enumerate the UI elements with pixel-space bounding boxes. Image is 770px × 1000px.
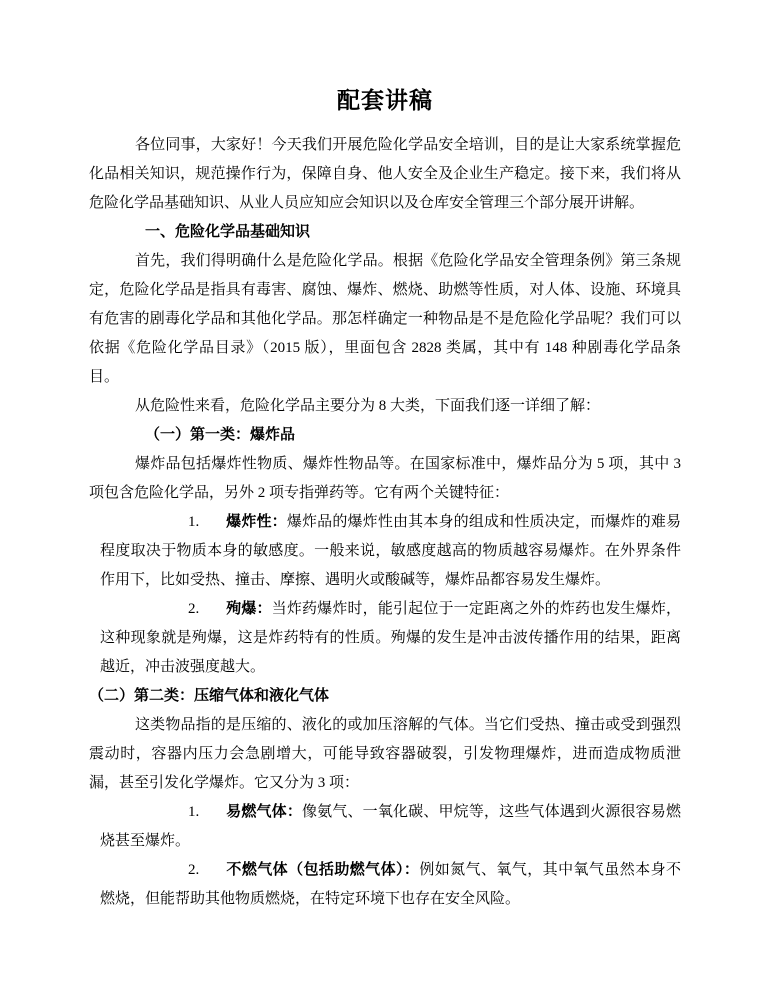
page-content: 配套讲稿 各位同事，大家好！今天我们开展危险化学品安全培训，目的是让大家系统掌握… bbox=[89, 84, 681, 914]
section-heading-basics: 一、危险化学品基础知识 bbox=[89, 218, 681, 247]
item-label: 殉爆： bbox=[226, 601, 272, 617]
numbered-item-sympathetic-detonation: 2.殉爆：当炸药爆炸时，能引起位于一定距离之外的炸药也发生爆炸，这种现象就是殉爆… bbox=[100, 595, 681, 682]
item-label: 爆炸性： bbox=[226, 514, 287, 530]
item-label: 不燃气体（包括助燃气体）： bbox=[226, 862, 419, 878]
numbered-item-explosiveness: 1.爆炸性：爆炸品的爆炸性由其本身的组成和性质决定，而爆炸的难易程度取决于物质本… bbox=[100, 508, 681, 595]
item-number: 1. bbox=[188, 798, 226, 827]
definition-paragraph: 首先，我们得明确什么是危险化学品。根据《危险化学品安全管理条例》第三条规定，危险… bbox=[89, 247, 681, 392]
document-title: 配套讲稿 bbox=[89, 84, 681, 118]
item-label: 易燃气体： bbox=[226, 804, 302, 820]
item-number: 1. bbox=[188, 508, 226, 537]
numbered-item-flammable-gas: 1.易燃气体：像氨气、一氧化碳、甲烷等，这些气体遇到火源很容易燃烧甚至爆炸。 bbox=[100, 798, 681, 856]
document-page: 配套讲稿 各位同事，大家好！今天我们开展危险化学品安全培训，目的是让大家系统掌握… bbox=[0, 0, 770, 1000]
classification-paragraph: 从危险性来看，危险化学品主要分为 8 大类，下面我们逐一详细了解： bbox=[89, 392, 681, 421]
item-number: 2. bbox=[188, 856, 226, 885]
intro-paragraph: 各位同事，大家好！今天我们开展危险化学品安全培训，目的是让大家系统掌握危化品相关… bbox=[89, 131, 681, 218]
gases-intro-paragraph: 这类物品指的是压缩的、液化的或加压溶解的气体。当它们受热、撞击或受到强烈震动时，… bbox=[89, 711, 681, 798]
item-number: 2. bbox=[188, 595, 226, 624]
numbered-item-nonflammable-gas: 2.不燃气体（包括助燃气体）：例如氮气、氧气，其中氧气虽然本身不燃烧，但能帮助其… bbox=[100, 856, 681, 914]
subsection-heading-explosives: （一）第一类：爆炸品 bbox=[89, 421, 681, 450]
subsection-heading-gases: （二）第二类：压缩气体和液化气体 bbox=[89, 682, 681, 711]
explosives-intro-paragraph: 爆炸品包括爆炸性物质、爆炸性物品等。在国家标准中，爆炸品分为 5 项，其中 3 … bbox=[89, 450, 681, 508]
